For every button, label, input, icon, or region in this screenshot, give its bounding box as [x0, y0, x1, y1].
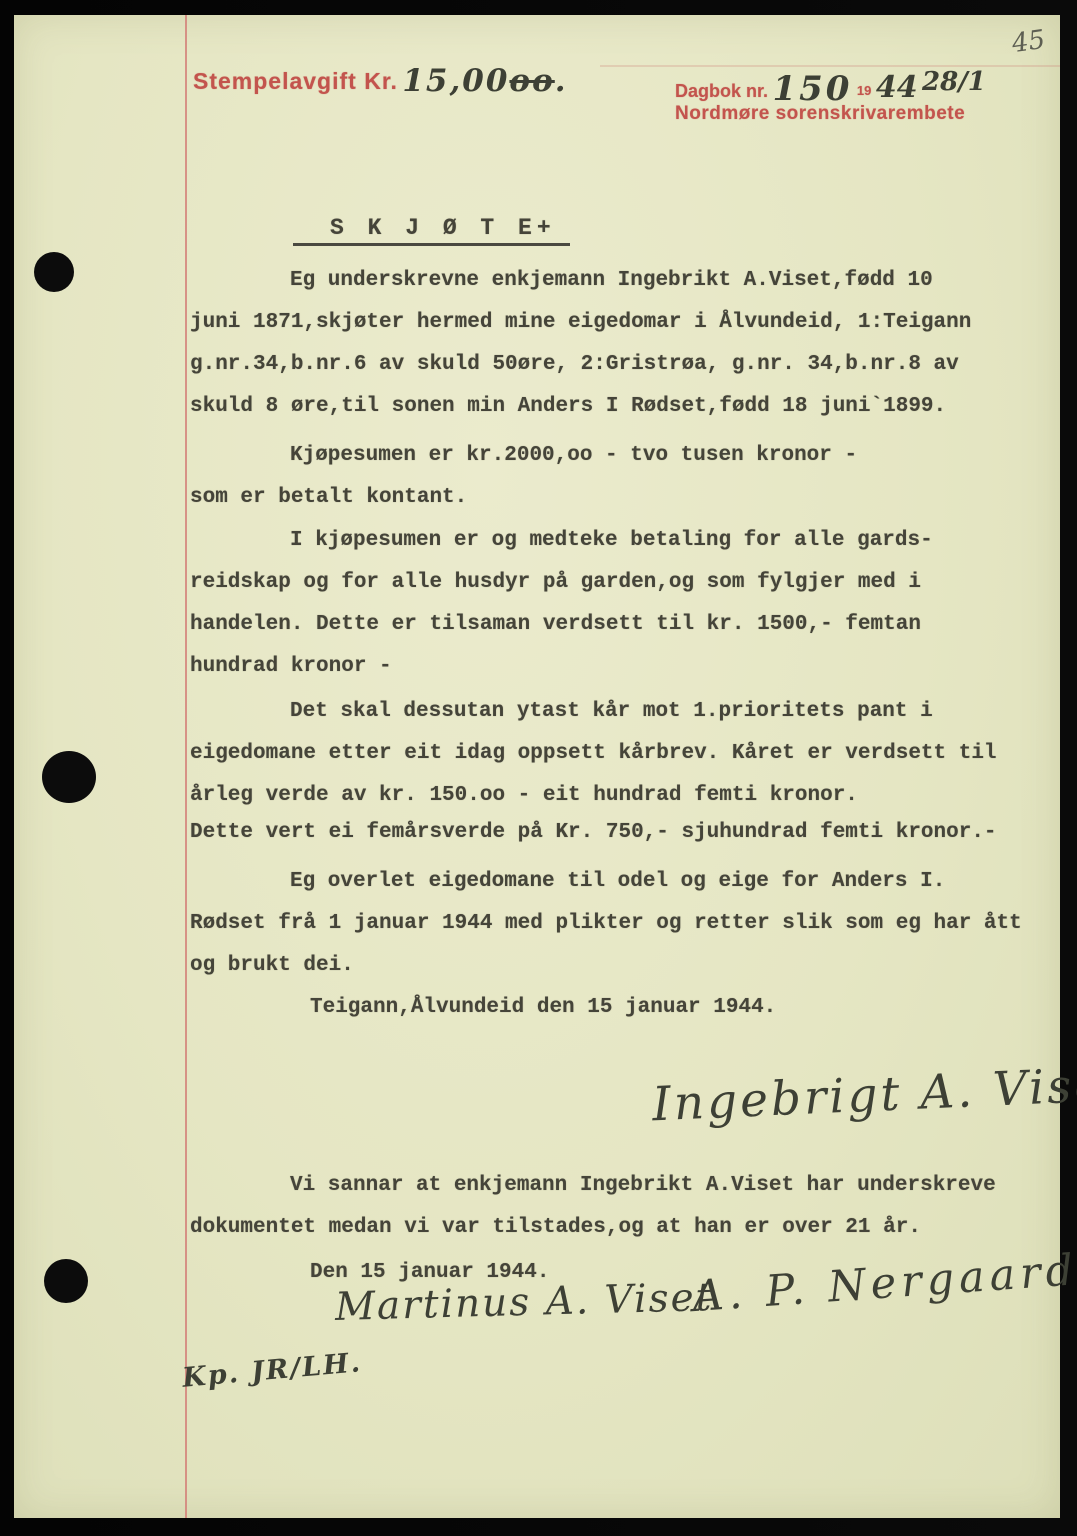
stamp-duty-label: Stempelavgift Kr. — [193, 68, 398, 94]
stamp-duty-value: 15,00 — [402, 63, 509, 99]
place-date-line: Teigann,Ålvundeid den 15 januar 1944. — [310, 987, 776, 1029]
journal-year-prefix: 19 — [857, 83, 871, 98]
paragraph-pension-right: Det skal dessutan ytast kår mot 1.priori… — [190, 691, 1025, 817]
paragraph-witness-attestation: Vi sannar at enkjemann Ingebrikt A.Viset… — [190, 1165, 1025, 1249]
document-title-underline: S K J Ø T E+ — [293, 215, 570, 246]
clerk-initials-note: Kp. JR/LH. — [181, 1347, 363, 1394]
journal-date: 28/1 — [922, 67, 986, 97]
office-name-stamp: Nordmøre sorenskrivarembete — [675, 103, 965, 125]
stamp-duty-line: Stempelavgift Kr. 15,00oo. — [193, 63, 568, 99]
journal-label: Dagbok nr. — [675, 81, 768, 101]
witness1-signature: Martinus A. Viset — [334, 1275, 713, 1330]
punch-hole-top — [34, 252, 74, 292]
witness2-signature: A. P. Nergaard. — [691, 1244, 1077, 1322]
paper-sheet: Stempelavgift Kr. 15,00oo. Dagbok nr. 15… — [14, 15, 1060, 1518]
paragraph-conveyance: Eg underskrevne enkjemann Ingebrikt A.Vi… — [190, 260, 1025, 428]
journal-year: 44 — [876, 70, 918, 105]
punch-hole-bottom — [44, 1259, 88, 1303]
page-number: 45 — [1010, 25, 1047, 59]
document-title: S K J Ø T E+ — [330, 215, 556, 241]
punch-hole-middle — [42, 751, 96, 803]
stamp-duty-value-struck: oo — [509, 63, 554, 99]
paragraph-purchase-sum: Kjøpesumen er kr.2000,oo - tvo tusen kro… — [190, 435, 1025, 519]
seller-signature: Ingebrigt A. Viset — [651, 1057, 1077, 1133]
paragraph-five-year-value: Dette vert ei femårsverde på Kr. 750,- s… — [190, 812, 1025, 854]
paragraph-transfer-rights: Eg overlet eigedomane til odel og eige f… — [190, 861, 1025, 987]
scanned-document: Stempelavgift Kr. 15,00oo. Dagbok nr. 15… — [0, 0, 1077, 1536]
paragraph-equipment-livestock: I kjøpesumen er og medteke betaling for … — [190, 520, 1025, 688]
red-margin-line — [185, 15, 187, 1518]
stamp-duty-value-period: . — [555, 63, 568, 99]
